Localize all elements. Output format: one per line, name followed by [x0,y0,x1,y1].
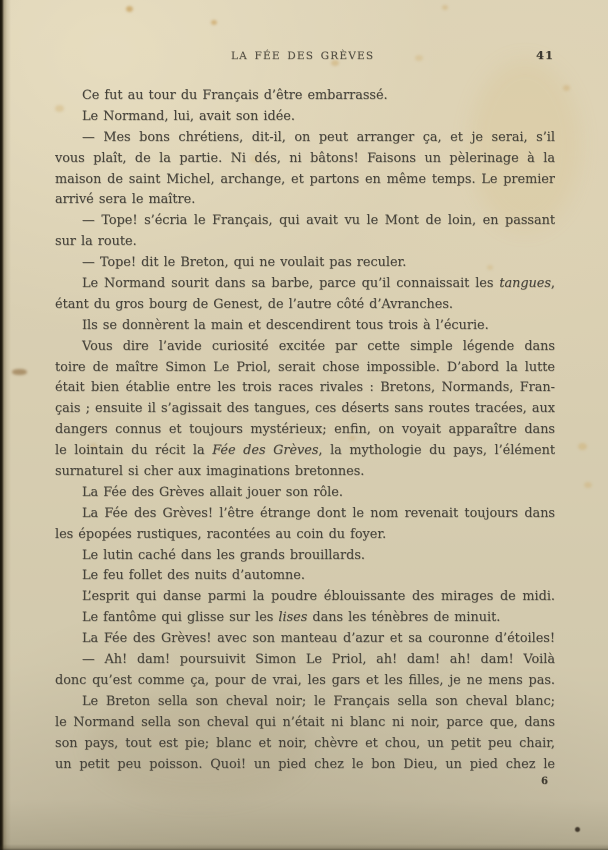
paragraph: La Fée des Grèves allait jouer son rôle. [55,483,555,504]
foxing-spot [563,85,570,91]
text-line: — Ah! dam! poursuivit Simon Le Priol, ah… [55,650,555,671]
text-line: vous plaît, de la partie. Ni dés, ni bât… [55,149,555,170]
foxing-spot [578,443,587,450]
text-line: étant du gros bourg de Genest, de l’autr… [55,295,555,316]
paragraph: — Mes bons chrétiens, dit-il, on peut ar… [55,128,555,212]
text-line: arrivé sera le maître. [55,190,555,211]
text-line: Le lutin caché dans les grands brouillar… [55,546,555,567]
text-line: maison de saint Michel, archange, et par… [55,170,555,191]
page-body: Ce fut au tour du Français d’être embarr… [55,86,555,775]
paragraph: Le feu follet des nuits d’automne. [55,566,555,587]
book-page-scan: LA FÉE DES GRÈVES 41 Ce fut au tour du F… [0,0,608,850]
paragraph: Ils se donnèrent la main et descendirent… [55,316,555,337]
paragraph: Vous dire l’avide curiosité excitée par … [55,337,555,483]
text-line: un petit peu poisson. Quoi! un pied chez… [55,755,555,776]
foxing-spot [211,20,217,25]
text-line: Le Normand sourit dans sa barbe, parce q… [55,274,555,295]
paragraph: Le Normand, lui, avait son idée. [55,107,555,128]
foxing-spot [584,482,592,488]
paragraph: — Tope! s’écria le Français, qui avait v… [55,211,555,253]
text-line: le lointain du récit la Fée des Grèves, … [55,441,555,462]
text-line: L’esprit qui danse parmi la poudre éblou… [55,587,555,608]
paragraph: Le fantôme qui glisse sur les lises dans… [55,608,555,629]
text-line: Ils se donnèrent la main et descendirent… [55,316,555,337]
foxing-spot [12,369,27,375]
text-line: La Fée des Grèves allait jouer son rôle. [55,483,555,504]
text-line: La Fée des Grèves! avec son manteau d’az… [55,629,555,650]
text-line: Le Breton sella son cheval noir; le Fran… [55,692,555,713]
text-line: dangers connus et toujours mystérieux; e… [55,420,555,441]
paragraph: — Tope! dit le Breton, qui ne voulait pa… [55,253,555,274]
text-line: le Normand sella son cheval qui n’était … [55,713,555,734]
paragraph: — Ah! dam! poursuivit Simon Le Priol, ah… [55,650,555,692]
scan-edge-shadow-bottom [0,844,608,850]
paragraph: Ce fut au tour du Français d’être embarr… [55,86,555,107]
text-line: — Tope! dit le Breton, qui ne voulait pa… [55,253,555,274]
foxing-spot [126,6,133,12]
ink-speck [575,827,580,832]
text-line: les épopées rustiques, racontées au coin… [55,525,555,546]
running-title: LA FÉE DES GRÈVES [231,50,374,62]
text-line: — Mes bons chrétiens, dit-il, on peut ar… [55,128,555,149]
text-line: toire de maître Simon Le Priol, serait c… [55,358,555,379]
signature-mark: 6 [541,776,548,787]
text-line: était bien établie entre les trois races… [55,378,555,399]
text-line: son pays, tout est pie; blanc et noir, c… [55,734,555,755]
text-line: sur la route. [55,232,555,253]
paragraph: L’esprit qui danse parmi la poudre éblou… [55,587,555,608]
scan-edge-shadow-left [0,0,11,850]
paragraph: Le Breton sella son cheval noir; le Fran… [55,692,555,776]
foxing-spot [415,55,423,61]
text-line: surnaturel si cher aux imaginations bret… [55,462,555,483]
text-line: La Fée des Grèves! l’être étrange dont l… [55,504,555,525]
paragraph: La Fée des Grèves! l’être étrange dont l… [55,504,555,546]
page-number: 41 [536,48,554,62]
text-line: donc qu’est comme ça, pour de vrai, les … [55,671,555,692]
text-line: — Tope! s’écria le Français, qui avait v… [55,211,555,232]
text-line: Vous dire l’avide curiosité excitée par … [55,337,555,358]
paragraph: Le Normand sourit dans sa barbe, parce q… [55,274,555,316]
text-line: çais ; ensuite il s’agissait des tangues… [55,399,555,420]
foxing-spot [442,5,448,10]
text-line: Le Normand, lui, avait son idée. [55,107,555,128]
text-line: Ce fut au tour du Français d’être embarr… [55,86,555,107]
text-line: Le fantôme qui glisse sur les lises dans… [55,608,555,629]
text-line: Le feu follet des nuits d’automne. [55,566,555,587]
paragraph: La Fée des Grèves! avec son manteau d’az… [55,629,555,650]
paragraph: Le lutin caché dans les grands brouillar… [55,546,555,567]
